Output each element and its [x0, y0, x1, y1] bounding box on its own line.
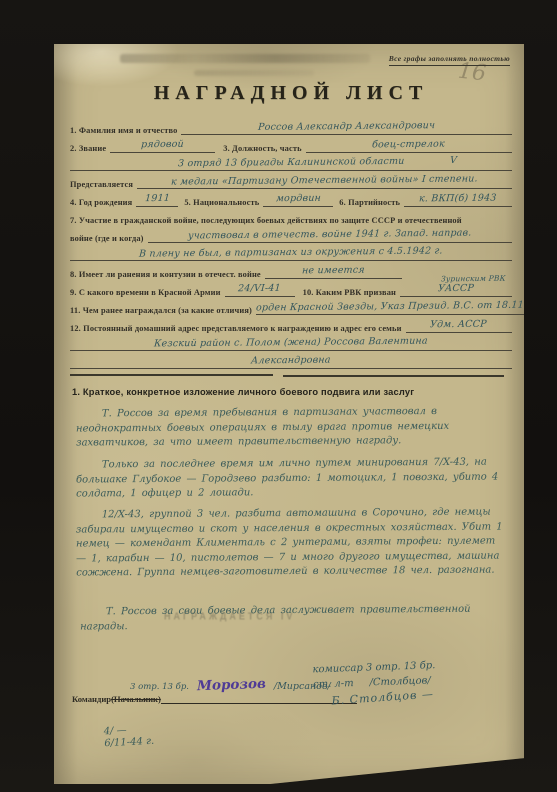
field-line: участвовал в отечеств. войне 1941 г. Зап…: [148, 229, 512, 243]
fill-note: Все графы заполнять полностью: [389, 54, 510, 66]
field-line: боец-стрелок: [306, 139, 512, 153]
field-war-participation-label: 7. Участие в гражданской войне, последую…: [70, 207, 512, 225]
handwritten-value: боец-стрелок: [372, 139, 446, 151]
handwritten-value: участвовал в отечеств. войне 1941 г. Зап…: [188, 228, 472, 242]
document-body: Все графы заполнять полностью НАГРАДНОЙ …: [54, 44, 524, 784]
field-label: 8. Имеет ли ранения и контузии в отечест…: [70, 270, 265, 279]
field-line: орден Красной Звезды, Указ Презид. В.С. …: [256, 301, 540, 315]
field-label: 6. Партийность: [333, 198, 404, 207]
scan-background: 16 Все графы заполнять полностью НАГРАДН…: [0, 0, 557, 792]
field-label: 1. Фамилия имя и отчество: [70, 126, 181, 135]
handwritten-value: мордвин: [275, 193, 321, 204]
commissar-signature: комиссар 3 отр. 13 бр. ст. л-т /Столбцов…: [312, 655, 508, 708]
paper: 16 Все графы заполнять полностью НАГРАДН…: [54, 44, 524, 784]
handwritten-value: к. ВКП(б) 1943: [419, 193, 497, 205]
field-line: рядовой: [110, 139, 215, 153]
handwritten-value: Россов Александр Александрович: [258, 120, 436, 133]
field-line: Александровна: [70, 355, 512, 369]
field-label: 3. Должность, часть: [215, 144, 305, 153]
field-label: 2. Звание: [70, 144, 110, 153]
handwritten-value: не имеется: [302, 265, 365, 277]
commander-label-struck: (Начальник): [111, 694, 161, 704]
date-handwriting: 4/ — 6/11-44 г.: [103, 723, 154, 750]
citation-paragraph: Т. Россов за время пребывания в партизан…: [76, 404, 506, 451]
handwritten-value: В плену не был, в партизанах из окружени…: [139, 245, 443, 259]
divider-segment: [70, 374, 273, 376]
field-line: 1911: [136, 193, 178, 207]
field-label: 11. Чем ранее награждался (за какие отли…: [70, 306, 256, 315]
field-home-address-3: Александровна: [70, 351, 512, 369]
page-title: НАГРАДНОЙ ЛИСТ: [70, 82, 512, 105]
handwritten-value: 1911: [145, 193, 171, 204]
handwritten-check-mark: V: [450, 155, 458, 166]
field-prior-awards: 11. Чем ранее награждался (за какие отли…: [70, 297, 512, 315]
field-label: 12. Постоянный домашний адрес представля…: [70, 324, 406, 333]
field-unit: 3 отряд 13 бригады Калининской области V: [70, 153, 512, 171]
citation-heading: 1. Краткое, конкретное изложение личного…: [72, 387, 512, 397]
field-army-service: 9. С какого времени в Красной Армии 24/V…: [70, 279, 512, 297]
field-line: не имеется: [265, 265, 402, 279]
citation-paragraph: Т. Россов за свои боевые дела заслуживае…: [80, 602, 506, 634]
field-line: Кезский район с. Полом (жена) Россова Ва…: [70, 337, 512, 351]
field-label: 10. Каким РВК призван: [295, 288, 400, 297]
field-line: Зуринским РВК УАССР: [400, 283, 512, 297]
commissar-name: /Столбцов/: [369, 675, 431, 688]
form-fields: 1. Фамилия имя и отчество Россов Алексан…: [70, 117, 512, 369]
divider-segment: [283, 375, 504, 377]
handwritten-value: к медали «Партизану Отечественной войны»…: [171, 173, 478, 187]
field-line: 24/VI-41: [225, 283, 295, 297]
handwritten-value: орден Красной Звезды, Указ Презид. В.С. …: [256, 300, 540, 314]
field-war-participation: войне (где и когда) участвовал в отечест…: [70, 225, 512, 243]
field-line: к. ВКП(б) 1943: [404, 193, 512, 207]
citation-paragraph: Только за последнее время им лично путем…: [76, 455, 506, 502]
field-line: к медали «Партизану Отечественной войны»…: [137, 175, 512, 189]
date-line: 6/11-44 г.: [104, 735, 155, 750]
field-label: 7. Участие в гражданской войне, последую…: [70, 216, 466, 225]
field-label: войне (где и когда): [70, 234, 148, 243]
handwritten-value: рядовой: [141, 139, 185, 150]
field-label: Представляется: [70, 180, 137, 189]
field-line: 3 отряд 13 бригады Калининской области V: [70, 157, 512, 171]
field-label: 5. Национальность: [178, 198, 263, 207]
field-line: мордвин: [263, 193, 333, 207]
field-line: Удм. АССР: [406, 319, 512, 333]
handwritten-value: Кезский район с. Полом (жена) Россова Ва…: [154, 336, 428, 350]
field-label: 4. Год рождения: [70, 198, 136, 207]
field-surname: 1. Фамилия имя и отчество Россов Алексан…: [70, 117, 512, 135]
fill-note-row: Все графы заполнять полностью: [70, 54, 510, 66]
field-birth-nationality-party: 4. Год рождения 1911 5. Национальность м…: [70, 189, 512, 207]
handwritten-value: 3 отряд 13 бригады Калининской области: [177, 156, 404, 169]
citation-text: Т. Россов за время пребывания в партизан…: [70, 406, 512, 633]
commander-label: Командир: [72, 694, 111, 704]
handwritten-value: Удм. АССР: [430, 319, 487, 331]
field-home-address: 12. Постоянный домашний адрес представля…: [70, 315, 512, 333]
field-label: 9. С какого времени в Красной Армии: [70, 288, 225, 297]
field-nominated-for: Представляется к медали «Партизану Отече…: [70, 171, 512, 189]
signature-block: 3 отр. 13 бр. Морозов /Мирсанов/ Команди…: [70, 659, 512, 769]
citation-paragraph: 12/X-43, группой 3 чел. разбита автомаши…: [76, 505, 506, 581]
commissar-rank: ст. л-т: [313, 677, 354, 689]
field-line: В плену не был, в партизанах из окружени…: [70, 247, 512, 261]
field-rank-position: 2. Звание рядовой 3. Должность, часть бо…: [70, 135, 512, 153]
field-home-address-2: Кезский район с. Полом (жена) Россова Ва…: [70, 333, 512, 351]
field-war-participation-2: В плену не был, в партизанах из окружени…: [70, 243, 512, 261]
handwritten-value: УАССР: [438, 283, 475, 294]
handwritten-value: Александровна: [251, 355, 331, 367]
handwritten-value: 24/VI-41: [238, 283, 281, 294]
section-divider: [70, 374, 512, 376]
field-line: Россов Александр Александрович: [181, 121, 512, 135]
